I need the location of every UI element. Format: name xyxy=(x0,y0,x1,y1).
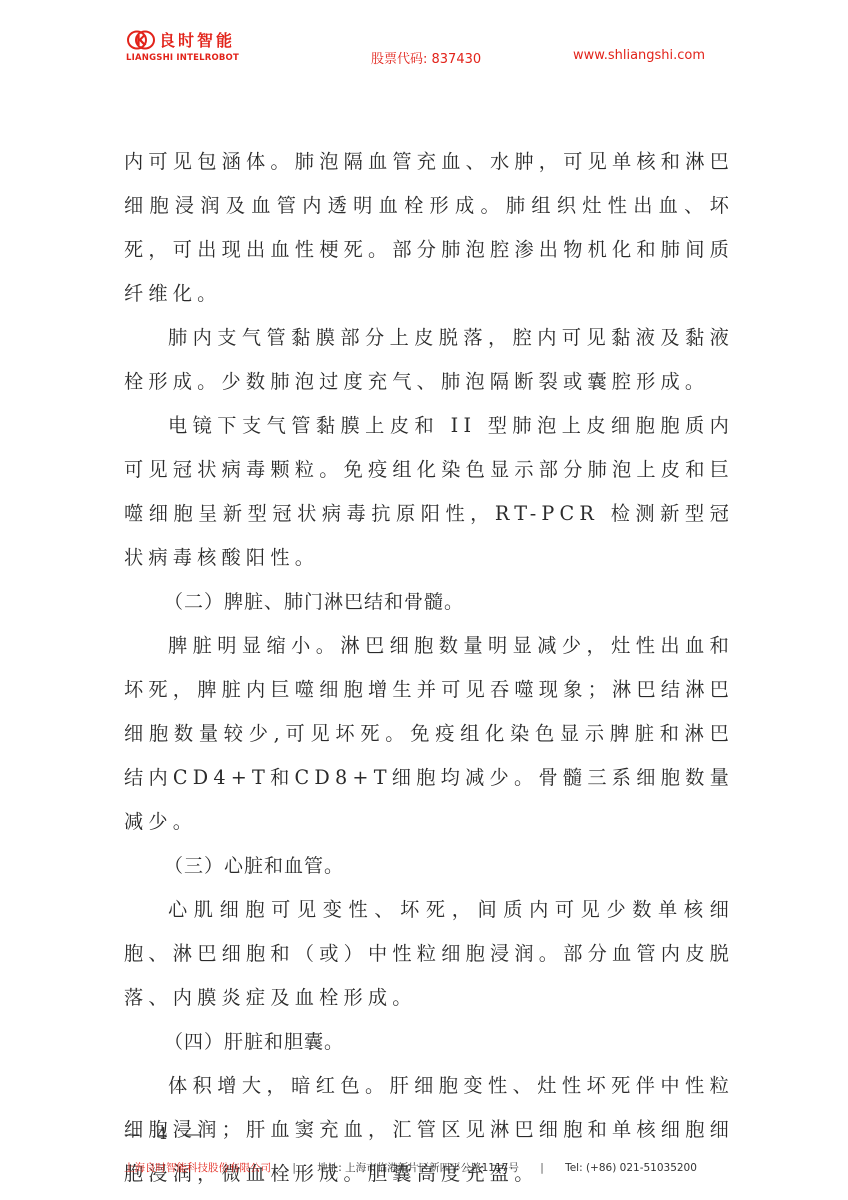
section-heading-liver: （四）肝脏和胆囊。 xyxy=(124,1020,734,1064)
page-header: K 良时智能 LIANGSHI INTELROBOT 股票代码: 837430 … xyxy=(125,28,725,68)
paragraph-liver: 体积增大，暗红色。肝细胞变性、灶性坏死伴中性粒细胞浸润；肝血窦充血，汇管区见淋巴… xyxy=(124,1064,734,1196)
footer-address: 地址: 上海市临港新片区新四平公路1117号 xyxy=(317,1162,519,1174)
stock-code: 股票代码: 837430 xyxy=(371,48,481,67)
paragraph-bronchial: 肺内支气管黏膜部分上皮脱落，腔内可见黏液及黏液栓形成。少数肺泡过度充气、肺泡隔断… xyxy=(124,316,734,404)
section-heading-heart: （三）心脏和血管。 xyxy=(124,844,734,888)
logo-english-name: LIANGSHI INTELROBOT xyxy=(126,53,239,63)
footer-company: 上海良时智能科技股份有限公司 xyxy=(124,1162,271,1174)
page-number: — 4 — xyxy=(124,1124,206,1143)
website-link[interactable]: www.shliangshi.com xyxy=(573,48,705,63)
paragraph-electron-microscopy: 电镜下支气管黏膜上皮和 II 型肺泡上皮细胞胞质内可见冠状病毒颗粒。免疫组化染色… xyxy=(124,404,734,580)
page-footer: 上海良时智能科技股份有限公司 | 地址: 上海市临港新片区新四平公路1117号 … xyxy=(124,1160,744,1175)
footer-tel: Tel: (+86) 021-51035200 xyxy=(565,1162,697,1174)
paragraph-lung-continued: 内可见包涵体。肺泡隔血管充血、水肿，可见单核和淋巴细胞浸润及血管内透明血栓形成。… xyxy=(124,140,734,316)
paragraph-spleen: 脾脏明显缩小。淋巴细胞数量明显减少，灶性出血和坏死，脾脏内巨噬细胞增生并可见吞噬… xyxy=(124,624,734,844)
company-logo: K 良时智能 LIANGSHI INTELROBOT xyxy=(125,28,255,66)
footer-separator: | xyxy=(292,1162,296,1174)
logo-chinese-name: 良时智能 xyxy=(159,28,235,51)
paragraph-heart: 心肌细胞可见变性、坏死，间质内可见少数单核细胞、淋巴细胞和（或）中性粒细胞浸润。… xyxy=(124,888,734,1020)
footer-separator: | xyxy=(540,1162,544,1174)
document-body: 内可见包涵体。肺泡隔血管充血、水肿，可见单核和淋巴细胞浸润及血管内透明血栓形成。… xyxy=(124,140,734,1196)
liangshi-logo-icon: K xyxy=(127,30,157,50)
svg-text:K: K xyxy=(136,34,147,49)
section-heading-spleen: （二）脾脏、肺门淋巴结和骨髓。 xyxy=(124,580,734,624)
